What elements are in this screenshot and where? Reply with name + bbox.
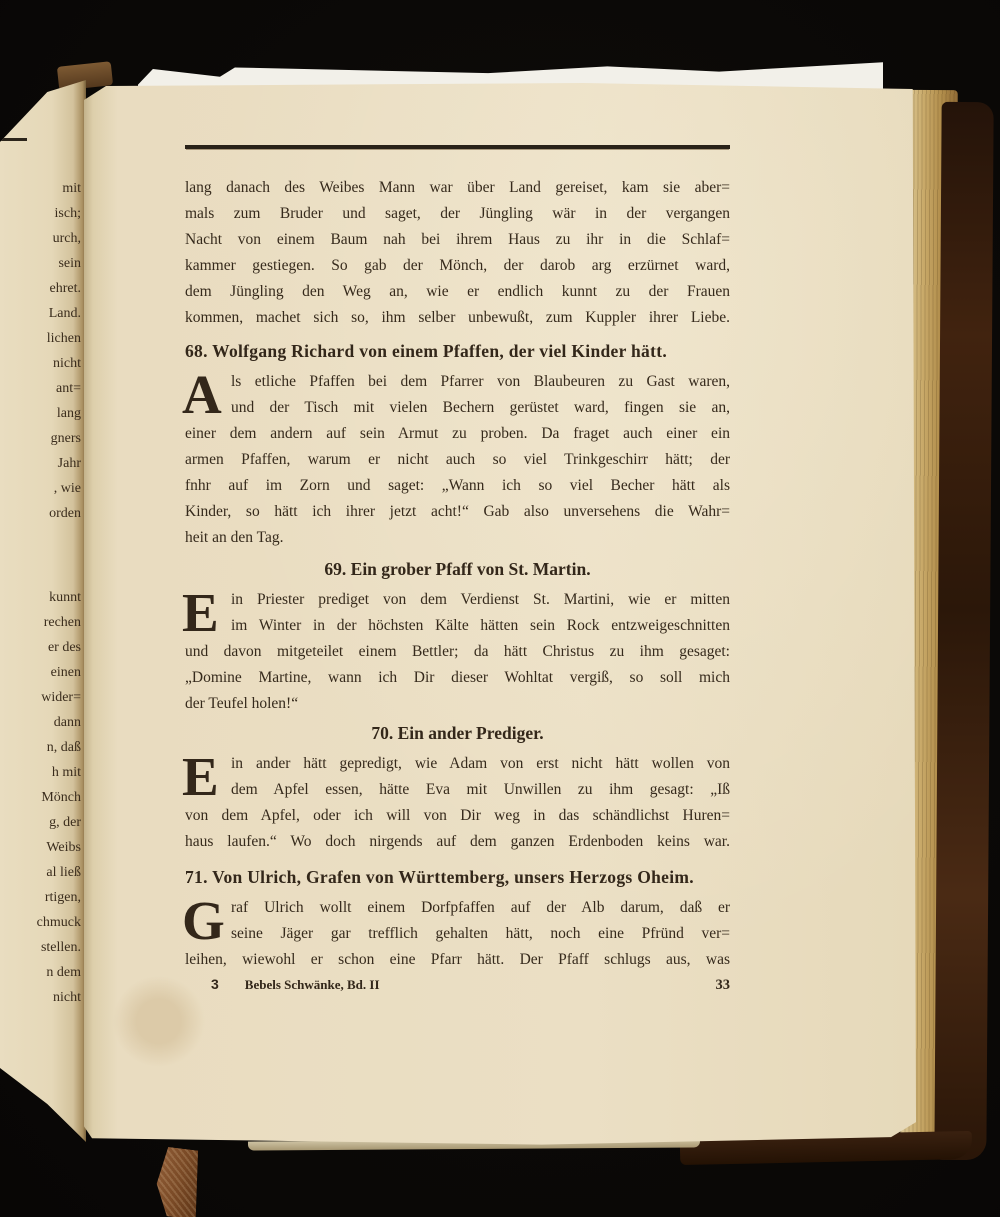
left-page-fragment: g, der [49,810,81,835]
left-page-fragment: rtigen, [45,885,81,910]
story-paragraph: Ein Priester prediget von dem Verdienst … [185,587,730,717]
text-line: ls etliche Pfaffen bei dem Pfarrer von B… [231,369,730,395]
story-paragraph: Als etliche Pfaffen bei dem Pfarrer von … [185,369,730,551]
text-line: raf Ulrich wollt einem Dorfpfaffen auf d… [231,895,730,921]
left-page-fragment: mit [62,176,81,201]
page-text-area: lang danach des Weibes Mann war über Lan… [185,145,730,994]
text-line: kammer gestiegen. So gab der Mönch, der … [185,253,730,279]
left-page-fragment: n dem [46,960,81,985]
text-line: Nacht von einem Baum nah bei ihrem Haus … [185,227,730,253]
left-page-fragment: sein [58,251,81,276]
story-heading: 71. Von Ulrich, Grafen von Württemberg, … [185,865,730,889]
left-page-fragment: lang [57,401,81,426]
text-line: dem Jüngling den Weg an, wie er endlich … [185,279,730,305]
text-line: lang danach des Weibes Mann war über Lan… [185,175,730,201]
left-page-fragment: Mönch [41,785,81,810]
footer-signature: 3 [211,976,219,992]
drop-cap-initial: A [182,370,222,420]
left-page-fragment: wider= [41,685,81,710]
text-line: heit an den Tag. [185,525,730,551]
story-paragraph: lang danach des Weibes Mann war über Lan… [185,175,730,331]
text-line: „Domine Martine, wann ich Dir dieser Woh… [185,665,730,691]
left-page-fragment: nicht [53,351,81,376]
text-line: der Teufel holen!“ [185,691,730,717]
left-page-fragment: orden [49,501,81,526]
text-line: Kinder, so hätt ich ihrer jetzt acht!“ G… [185,499,730,525]
text-line: in Priester prediget von dem Verdienst S… [231,587,730,613]
text-line: im Winter in der höchsten Kälte hätten s… [231,613,730,639]
left-page-fragment: Land. [49,301,81,326]
left-page-fragment: rechen [44,610,81,635]
left-page-rule [0,138,27,141]
left-page-fragment: ehret. [50,276,81,301]
story-heading: 68. Wolfgang Richard von einem Pfaffen, … [185,339,730,363]
header-rule [185,145,730,149]
left-page-fragment: lichen [47,326,81,351]
left-page-fragment: al ließ [46,860,81,885]
text-line: dem Apfel essen, hätte Eva mit Unwillen … [231,777,730,803]
left-page-fragment: stellen. [41,935,81,960]
text-line: und davon mitgeteilet einem Bettler; da … [185,639,730,665]
text-line: kommen, machet sich so, ihm selber unbew… [185,305,730,331]
left-page-fragment: dann [54,710,81,735]
left-page-fragment: isch; [55,201,81,226]
right-page: lang danach des Weibes Mann war über Lan… [84,78,916,1150]
text-line: in ander hätt gepredigt, wie Adam von er… [231,751,730,777]
left-page-fragment: gners [51,426,81,451]
bookmark-ribbon [146,1145,204,1217]
text-line: mals zum Bruder und saget, der Jüngling … [185,201,730,227]
drop-cap-initial: G [182,896,225,946]
left-page-fragment: kunnt [49,585,81,610]
left-page-fragment: n, daß [47,735,81,760]
text-line: haus laufen.“ Wo doch nirgends auf dem g… [185,829,730,855]
text-line: von dem Apfel, oder ich will von Dir weg… [185,803,730,829]
story-heading: 69. Ein grober Pfaff von St. Martin. [185,557,730,581]
text-line: leihen, wiewohl er schon eine Pfarr hätt… [185,947,730,973]
text-line: und der Tisch mit vielen Bechern gerüste… [231,395,730,421]
left-page-fragment: er des [48,635,81,660]
left-page-fragment: nicht [53,985,81,1010]
text-line: fnhr auf im Zorn und saget: „Wann ich so… [185,473,730,499]
text-line: armen Pfaffen, warum er nicht auch so vi… [185,447,730,473]
left-page-partial: mitisch;urch,seinehret.Land.lichennichta… [0,80,86,1150]
left-page-fragment: chmuck [37,910,81,935]
story-heading: 70. Ein ander Prediger. [185,721,730,745]
drop-cap-initial: E [182,588,219,638]
book-cover-right-edge [934,102,993,1160]
story-paragraph: Ein ander hätt gepredigt, wie Adam von e… [185,751,730,855]
left-page-fragment: einen [51,660,81,685]
photo-backdrop: mitisch;urch,seinehret.Land.lichennichta… [0,0,1000,1217]
page-sections: lang danach des Weibes Mann war über Lan… [185,175,730,973]
drop-cap-initial: E [182,752,219,802]
text-line: seine Jäger gar trefflich gehalten hätt,… [231,921,730,947]
left-page-fragment: h mit [52,760,81,785]
page-footer: 3 Bebels Schwänke, Bd. II 33 [185,976,730,994]
text-line: einer dem andern auf sein Armut zu probe… [185,421,730,447]
footer-book-title: Bebels Schwänke, Bd. II [245,977,380,993]
left-page-fragment: Jahr [58,451,81,476]
left-page-fragment: , wie [54,476,81,501]
story-paragraph: Graf Ulrich wollt einem Dorfpfaffen auf … [185,895,730,973]
left-page-fragment: Weibs [46,835,81,860]
left-page-fragment: urch, [53,226,81,251]
left-page-fragment: ant= [56,376,81,401]
footer-page-number: 33 [716,977,731,994]
